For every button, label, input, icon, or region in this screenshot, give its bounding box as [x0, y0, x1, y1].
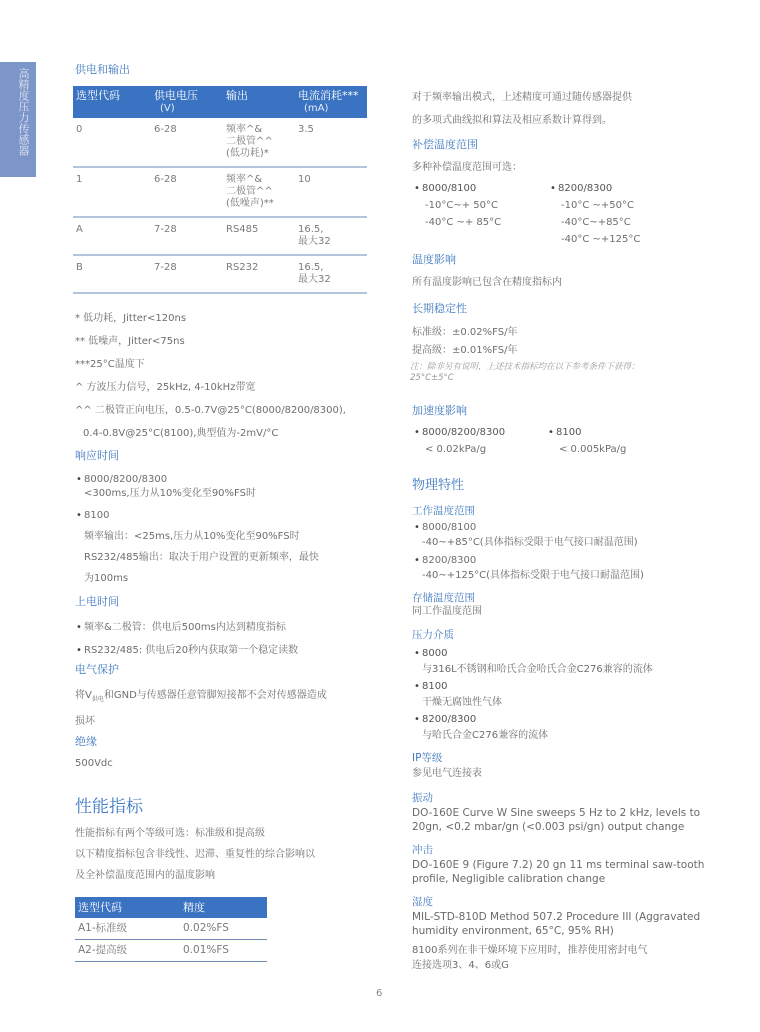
footnote: ^^ 二极管正向电压，0.5-0.7V@25°C(8000/8200/8300)…: [75, 399, 346, 422]
acceleration-col2: 8100 < 0.005kPa/g: [556, 424, 626, 458]
temp-effect-text: 所有温度影响已包含在精度指标内: [412, 276, 562, 290]
electrical-protection-heading: 电气保护: [75, 662, 119, 678]
list-item-text: RS232/485输出：取决于用户设置的更新频率，最快: [84, 547, 319, 568]
list-item: RS232/485: 供电后20秒内获取第一个稳定读数: [84, 639, 298, 662]
acceleration-heading: 加速度影响: [412, 403, 467, 419]
humidity-note: 8100系列在非干燥环境下应用时，推荐使用密封电气 连接选项3、4、6或G: [412, 943, 647, 973]
cell: 1: [73, 167, 151, 217]
col-header-code: 选型代码: [75, 897, 180, 918]
table-row: 1 6-28 频率^&二极管^^(低噪声)** 10: [73, 167, 367, 217]
shock-text: DO-160E 9 (Figure 7.2) 20 gn 11 ms termi…: [412, 858, 704, 886]
table-row: 0 6-28 频率^&二极管^^(低功耗)* 3.5: [73, 118, 367, 167]
storage-temp-heading: 存储温度范围: [412, 590, 475, 606]
storage-temp-text: 同工作温度范围: [412, 605, 482, 619]
list-item-text: 频率输出：<25ms,压力从10%变化至90%FS时: [84, 526, 319, 547]
table-header-row: 选型代码 供电电压(V) 输出 电流消耗***(mA): [73, 86, 367, 118]
comp-temp-col2: 8200/8300 -10°C ~+50°C -40°C~+85°C -40°C…: [558, 180, 640, 248]
cell: 16.5,最大32: [295, 255, 367, 293]
electrical-protection-text: 将V供电和GND与传感器任意管脚短接都不会对传感器造成 损坏: [75, 685, 327, 733]
power-output-heading: 供电和输出: [75, 62, 130, 78]
response-time-list: 8000/8200/8300 <300ms,压力从10%变化至90%FS时 81…: [84, 473, 319, 589]
cell: B: [73, 255, 151, 293]
power-on-heading: 上电时间: [75, 594, 119, 610]
list-item-text: 为100ms: [84, 568, 319, 589]
col-header-code: 选型代码: [73, 86, 151, 118]
list-item-model: 8000/8200/8300: [84, 473, 319, 487]
humidity-text: MIL-STD-810D Method 507.2 Procedure III …: [412, 910, 700, 938]
cell: 7-28: [151, 217, 223, 255]
insulation-heading: 绝缘: [75, 734, 97, 750]
table-header-row: 选型代码 精度: [75, 897, 267, 918]
list-item: 频率&二极管：供电后500ms内达到精度指标: [84, 616, 298, 639]
humidity-heading: 湿度: [412, 894, 433, 910]
cell: 7-28: [151, 255, 223, 293]
table-row: B 7-28 RS232 16.5,最大32: [73, 255, 367, 293]
table-row: A1-标准级 0.02%FS: [75, 918, 267, 940]
cell: A1-标准级: [75, 918, 180, 940]
cell: RS232: [223, 255, 295, 293]
power-output-table: 选型代码 供电电压(V) 输出 电流消耗***(mA) 0 6-28 频率^&二…: [73, 86, 367, 294]
table-row: A2-提高级 0.01%FS: [75, 940, 267, 962]
op-temp-heading: 工作温度范围: [412, 503, 475, 519]
cell: A: [73, 217, 151, 255]
cell: 16.5,最大32: [295, 217, 367, 255]
frequency-intro: 对于频率输出模式，上述精度可通过随传感器提供 的多项式曲线拟和算法及相应系数计算…: [412, 86, 632, 132]
table-row: A 7-28 RS485 16.5,最大32: [73, 217, 367, 255]
shock-heading: 冲击: [412, 842, 433, 858]
performance-desc: 性能指标有两个等级可选：标准级和提高级 以下精度指标包含非线性、迟滞、重复性的综…: [75, 823, 315, 886]
footnote: ** 低噪声，Jitter<75ns: [75, 330, 346, 353]
op-temp-list: 8000/8100 -40~+85°C(具体指标受限于电气接口耐温范围) 820…: [422, 520, 644, 583]
cell: 0.01%FS: [180, 940, 267, 962]
list-item-text: <300ms,压力从10%变化至90%FS时: [84, 487, 319, 501]
comp-temp-heading: 补偿温度范围: [412, 137, 478, 153]
physical-heading: 物理特性: [412, 477, 464, 495]
ip-text: 参见电气连接表: [412, 767, 482, 781]
vibration-text: DO-160E Curve W Sine sweeps 5 Hz to 2 kH…: [412, 806, 700, 834]
comp-temp-subtitle: 多种补偿温度范围可选：: [412, 161, 522, 175]
col-header-accuracy: 精度: [180, 897, 267, 918]
col-header-current: 电流消耗***(mA): [295, 86, 367, 118]
footnote: ***25°C温度下: [75, 353, 346, 376]
performance-heading: 性能指标: [75, 795, 143, 819]
cell: 频率^&二极管^^(低功耗)*: [223, 118, 295, 167]
long-term-heading: 长期稳定性: [412, 301, 467, 317]
cell: 频率^&二极管^^(低噪声)**: [223, 167, 295, 217]
cell: RS485: [223, 217, 295, 255]
power-on-list: 频率&二极管：供电后500ms内达到精度指标 RS232/485: 供电后20秒…: [84, 616, 298, 662]
response-time-heading: 响应时间: [75, 448, 119, 464]
cell: 6-28: [151, 118, 223, 167]
cell: 3.5: [295, 118, 367, 167]
accuracy-table: 选型代码 精度 A1-标准级 0.02%FS A2-提高级 0.01%FS: [75, 897, 267, 962]
vibration-heading: 振动: [412, 790, 433, 806]
long-term-values: 标准级：±0.02%FS/年 提高级：±0.01%FS/年: [412, 324, 517, 360]
media-heading: 压力介质: [412, 627, 454, 643]
acceleration-col1: 8000/8200/8300 < 0.02kPa/g: [422, 424, 505, 458]
footnote: ^ 方波压力信号，25kHz, 4-10kHz带宽: [75, 376, 346, 399]
page-number: 6: [376, 988, 382, 999]
list-item-model: 8100: [84, 509, 319, 523]
footnotes: * 低功耗，Jitter<120ns ** 低噪声，Jitter<75ns **…: [75, 307, 346, 445]
col-header-output: 输出: [223, 86, 295, 118]
reference-note: 注：除非另有说明，上述技术指标均在以下参考条件下获得： 25°C±5°C: [410, 362, 640, 384]
side-tab-label: 高精度压力传感器: [18, 68, 30, 156]
col-header-voltage: 供电电压(V): [151, 86, 223, 118]
insulation-value: 500Vdc: [75, 757, 113, 771]
cell: A2-提高级: [75, 940, 180, 962]
footnote: 0.4-0.8V@25°C(8100),典型值为-2mV/°C: [75, 422, 346, 445]
temp-effect-heading: 温度影响: [412, 252, 456, 268]
cell: 0.02%FS: [180, 918, 267, 940]
media-list: 8000 与316L不锈钢和哈氏合金哈氏合金C276兼容的流体 8100 干燥无…: [422, 646, 653, 744]
side-section-tab: 高精度压力传感器: [0, 62, 36, 177]
cell: 0: [73, 118, 151, 167]
ip-heading: IP等级: [412, 750, 442, 766]
cell: 6-28: [151, 167, 223, 217]
cell: 10: [295, 167, 367, 217]
comp-temp-col1: 8000/8100 -10°C~+ 50°C -40°C ~+ 85°C: [422, 180, 501, 231]
footnote: * 低功耗，Jitter<120ns: [75, 307, 346, 330]
